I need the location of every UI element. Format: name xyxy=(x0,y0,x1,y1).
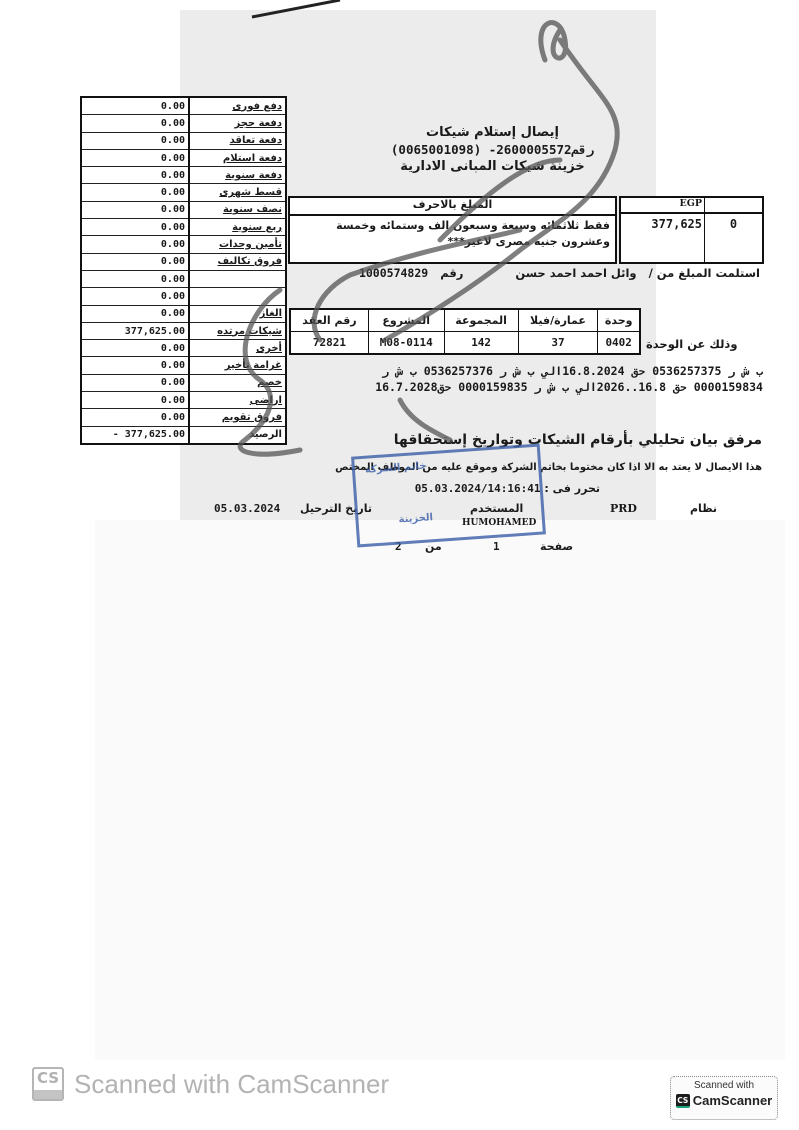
unit-column-value: 0402 xyxy=(598,332,640,355)
ledger-row: 0.00تأمين وحدات xyxy=(81,236,286,253)
stamp-text-2: الخزينة xyxy=(398,512,433,525)
receipt-title: إيصال إستلام شيكات xyxy=(360,124,625,141)
scan-edge-marks xyxy=(75,486,79,546)
ledger-label xyxy=(189,288,286,305)
cheque-range-line-1: ب ش ر 0536257375 حق 16.8.2024الي ب ش ر 0… xyxy=(75,364,763,378)
ledger-row: 0.00دفعة تعاقد xyxy=(81,132,286,149)
ledger-amount: 0.00 xyxy=(81,184,189,201)
ledger-row: 0.00نصف سنوية xyxy=(81,201,286,218)
ledger-row: 0.00أخرى xyxy=(81,340,286,357)
stamp-text-1: خاتم الشركة xyxy=(365,460,427,475)
received-from-label: استلمت المبلغ من / xyxy=(649,266,760,280)
ledger-label: فروق تكاليف xyxy=(189,253,286,270)
ledger-row: 0.00فروق تقويم xyxy=(81,409,286,426)
unit-column-value: 72821 xyxy=(290,332,368,355)
ledger-row: 0.00دفعة سنوية xyxy=(81,167,286,184)
unit-column-header: وحدة xyxy=(598,309,640,332)
received-from-line: استلمت المبلغ من / وائل احمد احمد حسن رق… xyxy=(300,266,760,280)
ledger-amount: 0.00 xyxy=(81,97,189,115)
amount-secondary-value: 0 xyxy=(705,214,762,262)
ledger-amount: 0.00 xyxy=(81,409,189,426)
unit-column-header: رقم العقد xyxy=(290,309,368,332)
unit-column-header: المشروع xyxy=(368,309,444,332)
ledger-label: اراضى xyxy=(189,392,286,409)
unit-column-header: عمارة/فيلا xyxy=(518,309,598,332)
ledger-amount: 0.00 xyxy=(81,149,189,166)
camscanner-mini-logo-icon: CS xyxy=(676,1094,690,1108)
camscanner-badge: Scanned with CS CamScanner xyxy=(670,1076,778,1120)
page-current: 1 xyxy=(493,540,500,553)
ledger-label: دفعة حجز xyxy=(189,115,286,132)
issued-label: تحرر فى : xyxy=(544,482,600,495)
camscanner-logo-icon: CS xyxy=(32,1067,64,1101)
ledger-amount: 0.00 xyxy=(81,167,189,184)
unit-column-value: 37 xyxy=(518,332,598,355)
ledger-amount: 0.00 xyxy=(81,201,189,218)
system-value: PRD xyxy=(610,502,637,515)
balance-label: الرصيد xyxy=(189,426,286,444)
ledger-label: نصف سنوية xyxy=(189,201,286,218)
payer-id: 1000574829 xyxy=(359,266,428,280)
ledger-row: 0.00دفعة استلام xyxy=(81,149,286,166)
balance-amount: - 377,625.00 xyxy=(81,426,189,444)
ledger-label: قسط شهرى xyxy=(189,184,286,201)
posting-date: 05.03.2024 xyxy=(214,502,280,515)
ledger-label: دفعة تعاقد xyxy=(189,132,286,149)
ledger-label: أخرى xyxy=(189,340,286,357)
ledger-label: تأمين وحدات xyxy=(189,236,286,253)
ledger-amount: 377,625.00 xyxy=(81,322,189,339)
unit-column-value: M08-0114 xyxy=(368,332,444,355)
ledger-label: شيكات مرتده xyxy=(189,322,286,339)
ledger-row: 0.00فروق تكاليف xyxy=(81,253,286,270)
amount-box-blank-cell xyxy=(705,198,762,214)
amount-in-words-box: المبلغ بالاحرف فقط ثلاثمائه وسبعة وسبعون… xyxy=(288,196,617,264)
cheque-range-line-2: 0000159834 حق 16.8..2026الي ب ش ر 000015… xyxy=(75,380,763,394)
unit-column-value: 142 xyxy=(444,332,518,355)
ledger-row: 0.00الغاز xyxy=(81,305,286,322)
ledger-amount: 0.00 xyxy=(81,305,189,322)
system-label: نظام xyxy=(690,502,717,515)
badge-line-2: CamScanner xyxy=(693,1093,772,1108)
ledger-label: دفع فورى xyxy=(189,97,286,115)
ledger-row: 0.00ربع سنوية xyxy=(81,219,286,236)
payer-name: وائل احمد احمد حسن xyxy=(515,266,636,280)
unit-column-header: المجموعة xyxy=(444,309,518,332)
treasury-name: خزينة شيكات المبانى الادارية xyxy=(360,158,625,175)
ledger-label: الغاز xyxy=(189,305,286,322)
ledger-row: 0.00دفع فورى xyxy=(81,97,286,115)
ledger-label: دفعة سنوية xyxy=(189,167,286,184)
ledger-row: 0.00 xyxy=(81,288,286,305)
amount-value: 377,625 xyxy=(621,214,705,262)
ledger-amount: 0.00 xyxy=(81,288,189,305)
ledger-label: فروق تقويم xyxy=(189,409,286,426)
ledger-label: ربع سنوية xyxy=(189,219,286,236)
badge-line-1: Scanned with xyxy=(671,1080,777,1091)
ledger-amount: 0.00 xyxy=(81,392,189,409)
ledger-label xyxy=(189,270,286,287)
payer-id-label: رقم xyxy=(440,266,463,280)
ledger-row: 0.00قسط شهرى xyxy=(81,184,286,201)
ledger-amount: 0.00 xyxy=(81,132,189,149)
camscanner-text: Scanned with CamScanner xyxy=(74,1069,389,1100)
receipt-header: إيصال إستلام شيكات رقم2600005572- (00650… xyxy=(360,124,625,175)
ledger-row: 0.00اراضى xyxy=(81,392,286,409)
ledger-label: دفعة استلام xyxy=(189,149,286,166)
amount-in-words-header: المبلغ بالاحرف xyxy=(290,198,615,216)
unit-details-table: وحدةعمارة/فيلاالمجموعةالمشروعرقم العقد 0… xyxy=(289,308,641,355)
ledger-row: 377,625.00شيكات مرتده xyxy=(81,322,286,339)
ledger-amount: 0.00 xyxy=(81,219,189,236)
amount-in-words-text: فقط ثلاثمائه وسبعة وسبعون الف وستمائه وخ… xyxy=(290,216,615,252)
ledger-amount: 0.00 xyxy=(81,236,189,253)
receipt-number: رقم2600005572- (0065001098) xyxy=(360,141,625,158)
unit-label: وذلك عن الوحدة xyxy=(646,337,737,351)
ledger-row: 0.00 xyxy=(81,270,286,287)
currency-code: EGP xyxy=(621,198,705,214)
page-label: صفحة xyxy=(540,540,573,553)
ledger-amount: 0.00 xyxy=(81,340,189,357)
amount-box: EGP 377,625 0 xyxy=(619,196,764,264)
scanned-blank-area xyxy=(95,520,785,1060)
camscanner-watermark: CS Scanned with CamScanner xyxy=(32,1067,389,1101)
ledger-row: 0.00دفعة حجز xyxy=(81,115,286,132)
company-stamp: خاتم الشركة الخزينة xyxy=(351,444,546,548)
ledger-amount: 0.00 xyxy=(81,115,189,132)
ledger-amount: 0.00 xyxy=(81,270,189,287)
ledger-amount: 0.00 xyxy=(81,253,189,270)
ledger-balance-row: - 377,625.00الرصيد xyxy=(81,426,286,444)
